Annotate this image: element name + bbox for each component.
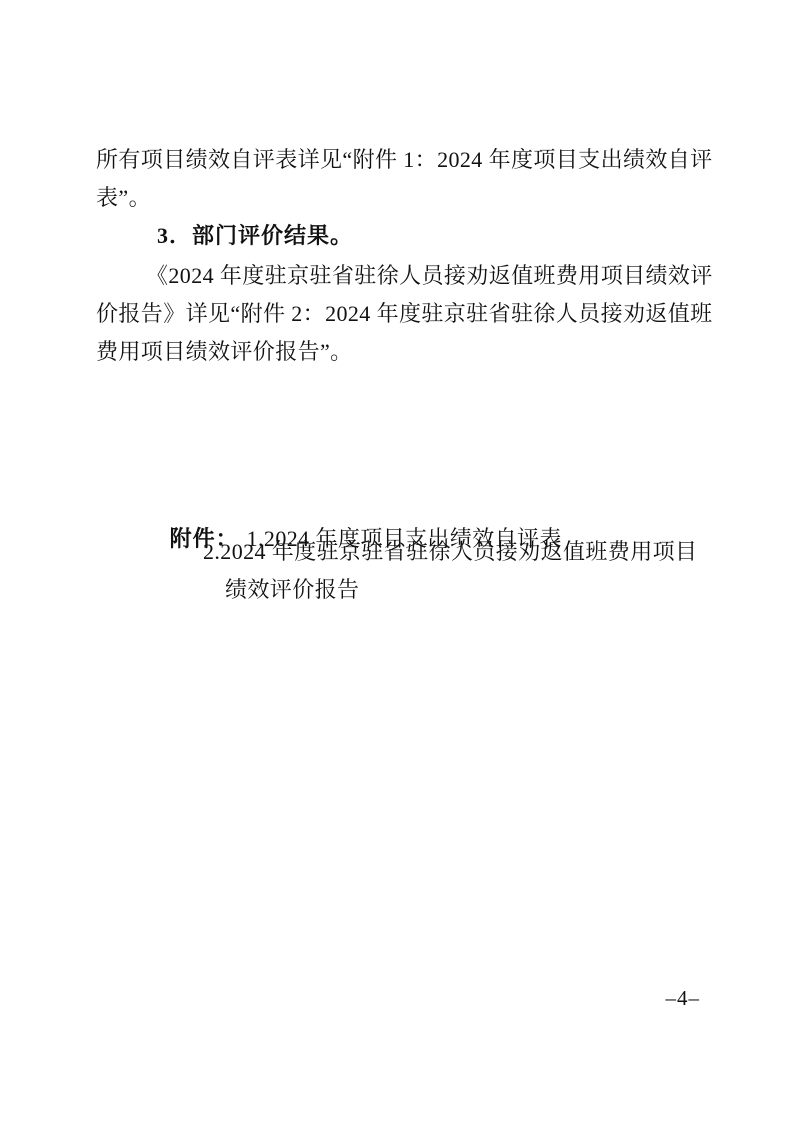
page-number: –4– — [600, 986, 700, 1010]
attachment-item-2-line2: 绩效评价报告 — [225, 577, 359, 603]
section-heading-3: 3．部门评价结果。 — [157, 223, 353, 249]
body-paragraph1-line1: 所有项目绩效自评表详见“附件 1：2024 年度项目支出绩效自评 — [96, 147, 713, 173]
body-paragraph2-line1: 《2024 年度驻京驻省驻徐人员接劝返值班费用项目绩效评 — [146, 263, 713, 289]
attachment-item-2-line1: 2.2024 年度驻京驻省驻徐人员接劝返值班费用项目 — [203, 539, 697, 565]
document-page: 所有项目绩效自评表详见“附件 1：2024 年度项目支出绩效自评 表”。 3．部… — [0, 0, 793, 1122]
body-paragraph2-line2: 价报告》详见“附件 2：2024 年度驻京驻省驻徐人员接劝返值班 — [96, 301, 713, 327]
body-paragraph1-line2: 表”。 — [96, 185, 151, 211]
body-paragraph2-line3: 费用项目绩效评价报告”。 — [96, 339, 353, 365]
